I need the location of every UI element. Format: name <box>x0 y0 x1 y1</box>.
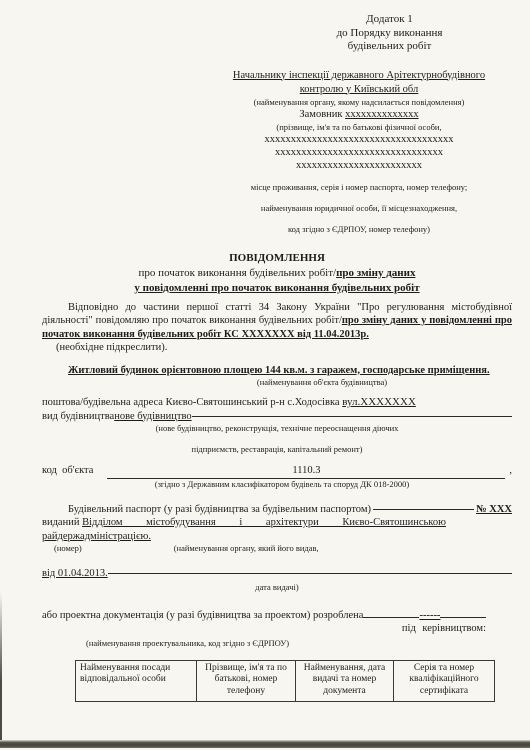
title-line2-plain: про початок виконання будівельних робіт/ <box>139 267 337 279</box>
address-value: вул.ХХХХХХХ <box>342 396 416 408</box>
intro-paragraph: Відповідно до частини першої статті 34 З… <box>42 301 512 342</box>
table-header-row: Найменування посади відповідальної особи… <box>76 660 495 702</box>
scan-edge-bottom <box>0 740 530 748</box>
blank-underline <box>108 573 512 574</box>
annex-line: Додаток 1 <box>292 13 487 27</box>
responsible-persons-table: Найменування посади відповідальної особи… <box>75 660 495 703</box>
project-documentation-block: або проектна документація (у разі будівн… <box>42 606 512 649</box>
address-label: поштова/будівельна адреса Києво-Святошин… <box>42 397 342 408</box>
title-line2-marked: про зміну даних <box>336 267 415 279</box>
addressee-authority-note: (найменування органу, якому надсилається… <box>208 97 510 108</box>
customer-line: Замовник хххххххххххххх <box>208 108 510 122</box>
document-page: Додаток 1 до Порядку виконання будівельн… <box>0 0 530 750</box>
passport-lead: Будівельний паспорт (у разі будівництва … <box>42 503 371 517</box>
passport-notes-row: (номер) (найменування органу, який його … <box>42 543 512 554</box>
table-header-certificate: Серія та номер кваліфікаційного сертифік… <box>394 660 495 702</box>
edrpou-note: код згідно з ЄДРПОУ, номер телефону) <box>208 224 510 235</box>
addressee-authority-line1: Начальнику інспекції державного Арітекту… <box>208 69 510 83</box>
blank-underline <box>192 416 512 417</box>
building-passport-block: Будівельний паспорт (у разі будівництва … <box>42 503 512 593</box>
passport-issuer-note: (найменування органу, який його видав, <box>174 543 319 554</box>
customer-value: хххххххххххххх <box>345 109 419 120</box>
passport-number-line: Будівельний паспорт (у разі будівництва … <box>42 503 512 517</box>
annex-header: Додаток 1 до Порядку виконання будівельн… <box>292 13 487 54</box>
construction-address-line: поштова/будівельна адреса Києво-Святошин… <box>42 396 512 410</box>
construction-type-line: вид будівництва нове будівництво <box>42 410 512 424</box>
title-line3: у повідомленні про початок виконання буд… <box>42 281 512 296</box>
object-code-value: 1110.3 <box>107 464 505 479</box>
legal-entity-note: найменування юридичної особи, її місцезн… <box>208 203 510 214</box>
passport-number-value: № ХХХ <box>476 503 512 517</box>
annex-line: до Порядку виконання <box>292 27 487 41</box>
under-supervision-label: під керівництвом: <box>42 622 512 636</box>
object-code-label: код об'єкта <box>42 464 93 478</box>
customer-placeholder-row: хххххххххххххххххххххххххххххххххххх <box>208 133 510 146</box>
blank-underline <box>373 509 474 510</box>
project-line: або проектна документація (у разі будівн… <box>42 606 512 623</box>
issued-label: виданий <box>42 517 82 528</box>
table-header-name: Прізвище, ім'я та по батькові, номер тел… <box>197 660 296 702</box>
issuer-org-value: Відділом містобудування і архітектури Ки… <box>82 517 446 528</box>
blank-underline <box>363 606 419 618</box>
addressee-block: Начальнику інспекції державного Арітекту… <box>208 69 510 235</box>
table-header-document: Найменування, дата видачі та номер докум… <box>296 660 394 702</box>
residence-note: місце проживання, серія і номер паспорта… <box>208 182 510 193</box>
passport-issuer-line: виданий Відділом містобудування і архіте… <box>42 516 512 530</box>
construction-type-label: вид будівництва <box>42 410 114 424</box>
object-code-line: код об'єкта 1110.3 , <box>42 464 512 479</box>
table-header-position: Найменування посади відповідальної особи <box>76 660 197 702</box>
construction-type-note1: (нове будівництво, реконструкція, техніч… <box>42 423 512 434</box>
object-code-note: (згідно з Державним класифікатором будів… <box>112 479 452 490</box>
project-designer-note: (найменування проектувальника, код згідн… <box>86 638 512 649</box>
passport-date-value: від 01.04.2013. <box>42 567 108 581</box>
document-title: ПОВІДОМЛЕННЯ про початок виконання будів… <box>42 251 512 296</box>
customer-placeholder-row: хххххххххххххххххххххххххххххххх <box>208 146 510 159</box>
object-code-comma: , <box>509 464 512 478</box>
project-designer-value: ------ <box>419 609 440 623</box>
construction-type-value: нове будівництво <box>114 410 191 424</box>
issuer-org-tail: райдержадміністрацією. <box>42 530 512 544</box>
construction-object-note: (найменування об'єкта будівництва) <box>172 377 472 388</box>
title-heading: ПОВІДОМЛЕННЯ <box>42 251 512 266</box>
scan-edge-left <box>0 592 2 742</box>
passport-date-line: від 01.04.2013. <box>42 567 512 581</box>
customer-note: (прізвище, ім'я та по батькові фізичної … <box>208 122 510 133</box>
customer-label: Замовник <box>299 109 345 120</box>
annex-line: будівельних робіт <box>292 40 487 54</box>
construction-object-name: Житловий будинок орієнтовною площею 144 … <box>42 364 512 378</box>
passport-date-note: дата видачі) <box>42 582 512 593</box>
passport-number-note: (номер) <box>54 543 82 554</box>
addressee-authority-line2: контролю у Київський обл <box>208 83 510 97</box>
project-lead: або проектна документація (у разі будівн… <box>42 609 363 623</box>
title-line2: про початок виконання будівельних робіт/… <box>42 266 512 281</box>
customer-placeholder-row: хххххххххххххххххххххххх <box>208 159 510 172</box>
underline-instruction-note: (необхідне підкреслити). <box>56 341 512 355</box>
construction-type-note2: підприємств, реставрація, капітальний ре… <box>42 444 512 455</box>
blank-underline <box>440 606 486 618</box>
